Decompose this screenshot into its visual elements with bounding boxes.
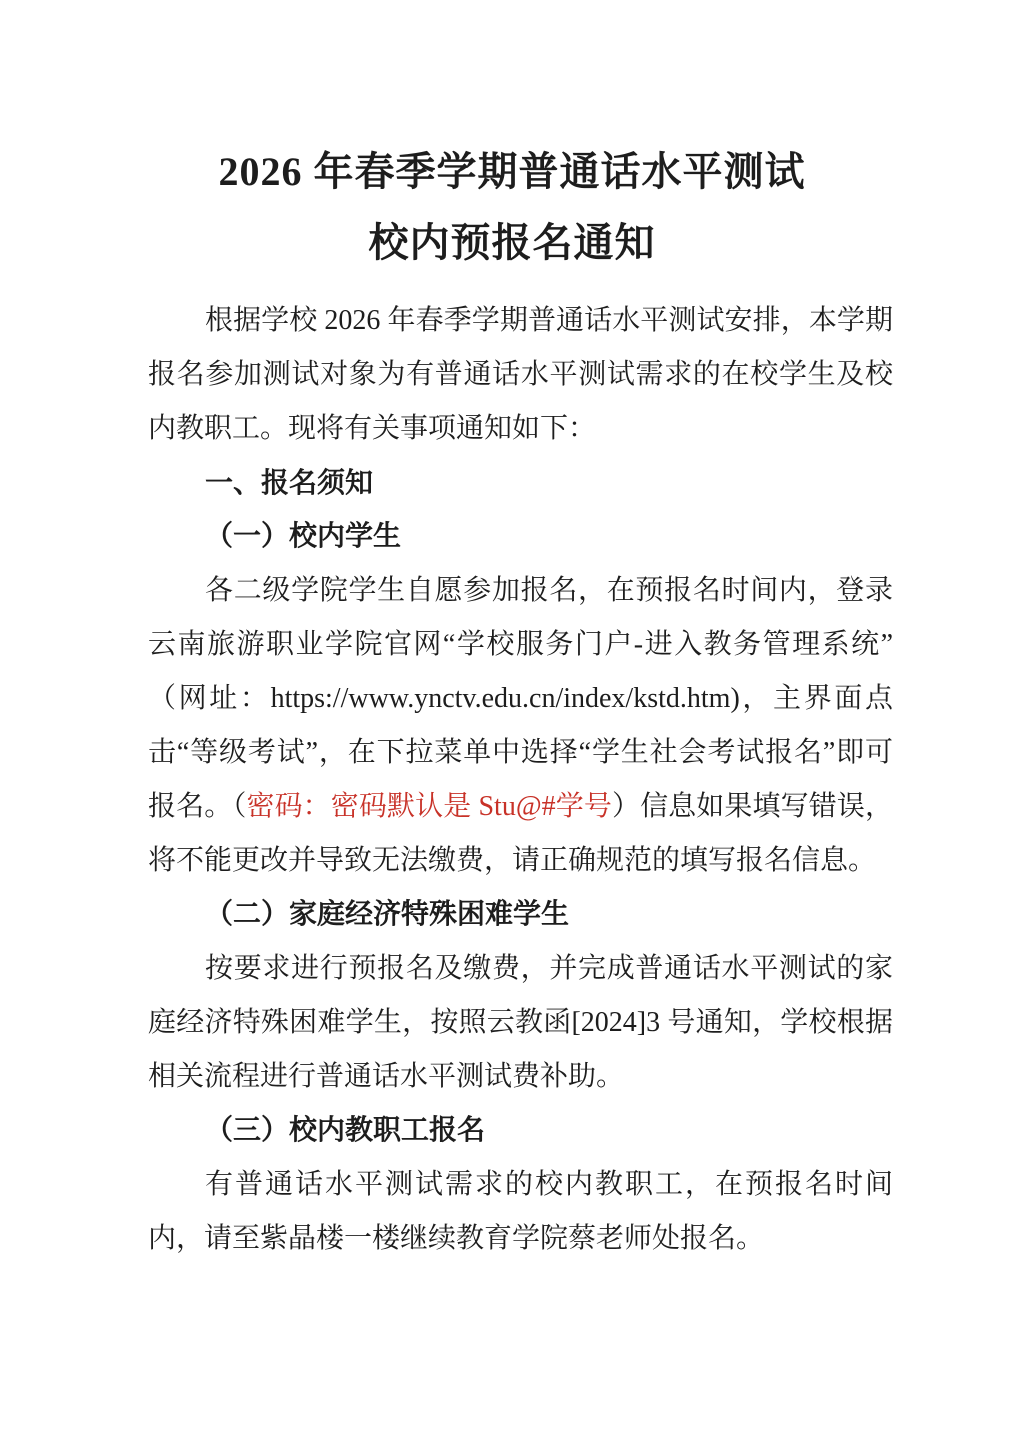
password-highlight-text: 密码：密码默认是 Stu@#学号	[246, 791, 612, 822]
campus-students-text-before-password: 各二级学院学生自愿参加报名，在预报名时间内，登录云南旅游职业学院官网“学校服务门…	[148, 575, 893, 822]
subsection-heading-financial-hardship-students: （二）家庭经济特殊困难学生	[148, 888, 893, 942]
paragraph-financial-hardship-students: 按要求进行预报名及缴费，并完成普通话水平测试的家庭经济特殊困难学生，按照云教函[…	[148, 942, 893, 1104]
paragraph-campus-students: 各二级学院学生自愿参加报名，在预报名时间内，登录云南旅游职业学院官网“学校服务门…	[148, 564, 893, 888]
notice-document-page: 2026 年春季学期普通话水平测试 校内预报名通知 根据学校 2026 年春季学…	[0, 0, 1024, 1448]
notice-body: 根据学校 2026 年春季学期普通话水平测试安排，本学期报名参加测试对象为有普通…	[148, 294, 893, 1266]
paragraph-faculty-staff: 有普通话水平测试需求的校内教职工，在预报名时间内，请至紫晶楼一楼继续教育学院蔡老…	[148, 1158, 893, 1266]
notice-title-block: 2026 年春季学期普通话水平测试 校内预报名通知	[0, 136, 1024, 278]
subsection-heading-faculty-staff: （三）校内教职工报名	[148, 1104, 893, 1158]
subsection-heading-campus-students: （一）校内学生	[148, 510, 893, 564]
section-heading-registration: 一、报名须知	[148, 456, 893, 510]
notice-title-line1: 2026 年春季学期普通话水平测试	[0, 136, 1024, 207]
intro-paragraph: 根据学校 2026 年春季学期普通话水平测试安排，本学期报名参加测试对象为有普通…	[148, 294, 893, 456]
notice-title-line2: 校内预报名通知	[0, 207, 1024, 278]
